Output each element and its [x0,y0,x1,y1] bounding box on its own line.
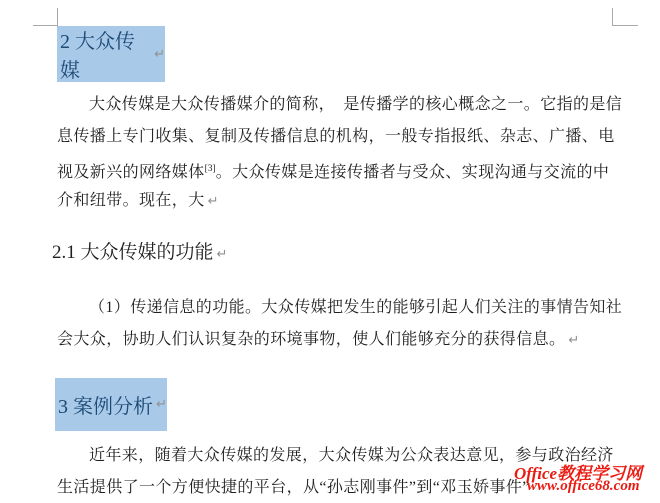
paragraph-mark: ↵ [156,397,167,412]
heading-2-1-text: 2.1 大众传媒的功能 [52,242,214,263]
text-line-2: 会大众，协助人们认识复杂的环境事物，使人们能够充分的获得信息。↵ [57,324,622,356]
text-run: 大众传媒是大众传播媒介的简称， 是传播学的核心概念之一。它指的是信 [89,96,622,113]
heading-3-case-analysis[interactable]: 3 案例分析↵ [55,378,167,431]
paragraph-mass-media-intro[interactable]: 大众传媒是大众传播媒介的简称， 是传播学的核心概念之一。它指的是信 息传播上专门… [57,89,622,217]
watermark-site-url: www.office68.com [527,478,640,495]
text-line-3: 视及新兴的网络媒体[3]。大众传媒是连接传播者与受众、实现沟通与交流的中 [57,153,622,185]
word-document-page: 2 大众传媒↵ 大众传媒是大众传播媒介的简称， 是传播学的核心概念之一。它指的是… [0,0,660,503]
text-run: 息传播上专门收集、复制及传播信息的机构，一般专指报纸、杂志、广播、电 [57,128,615,145]
heading-3-text: 3 案例分析 [58,390,153,419]
text-run: 介和纽带。现在，大 [57,192,205,209]
citation-superscript: [3] [205,164,216,174]
text-run: 视及新兴的网络媒体 [57,164,205,181]
heading-2-mass-media[interactable]: 2 大众传媒↵ [57,26,165,82]
paragraph-mark: ↵ [217,247,228,262]
text-boundary-mark-top-left [33,8,58,26]
text-run: 会大众，协助人们认识复杂的环境事物，使人们能够充分的获得信息。 [57,331,565,348]
paragraph-mark: ↵ [568,333,579,348]
text-run: 。大众传媒是连接传播者与受众、实现沟通与交流的中 [216,164,610,181]
heading-2-1-functions[interactable]: 2.1 大众传媒的功能↵ [52,241,227,267]
paragraph-function-info[interactable]: （1）传递信息的功能。大众传媒把发生的能够引起人们关注的事情告知社 会大众，协助… [57,292,622,356]
paragraph-mark: ↵ [154,47,165,62]
text-run: 生活提供了一个方便快捷的平台，从“孙志刚事件”到“邓玉娇事件” [57,479,530,496]
text-line-1: （1）传递信息的功能。大众传媒把发生的能够引起人们关注的事情告知社 [57,292,622,324]
paragraph-mark: ↵ [208,194,219,209]
text-line-1: 大众传媒是大众传播媒介的简称， 是传播学的核心概念之一。它指的是信 [57,89,622,121]
text-line-4: 介和纽带。现在，大↵ [57,185,622,217]
heading-2-text: 2 大众传媒 [60,25,151,83]
text-run: （1）传递信息的功能。大众传媒把发生的能够引起人们关注的事情告知社 [89,299,622,316]
text-line-2: 息传播上专门收集、复制及传播信息的机构，一般专指报纸、杂志、广播、电 [57,121,622,153]
text-boundary-mark-top-right [612,8,638,26]
